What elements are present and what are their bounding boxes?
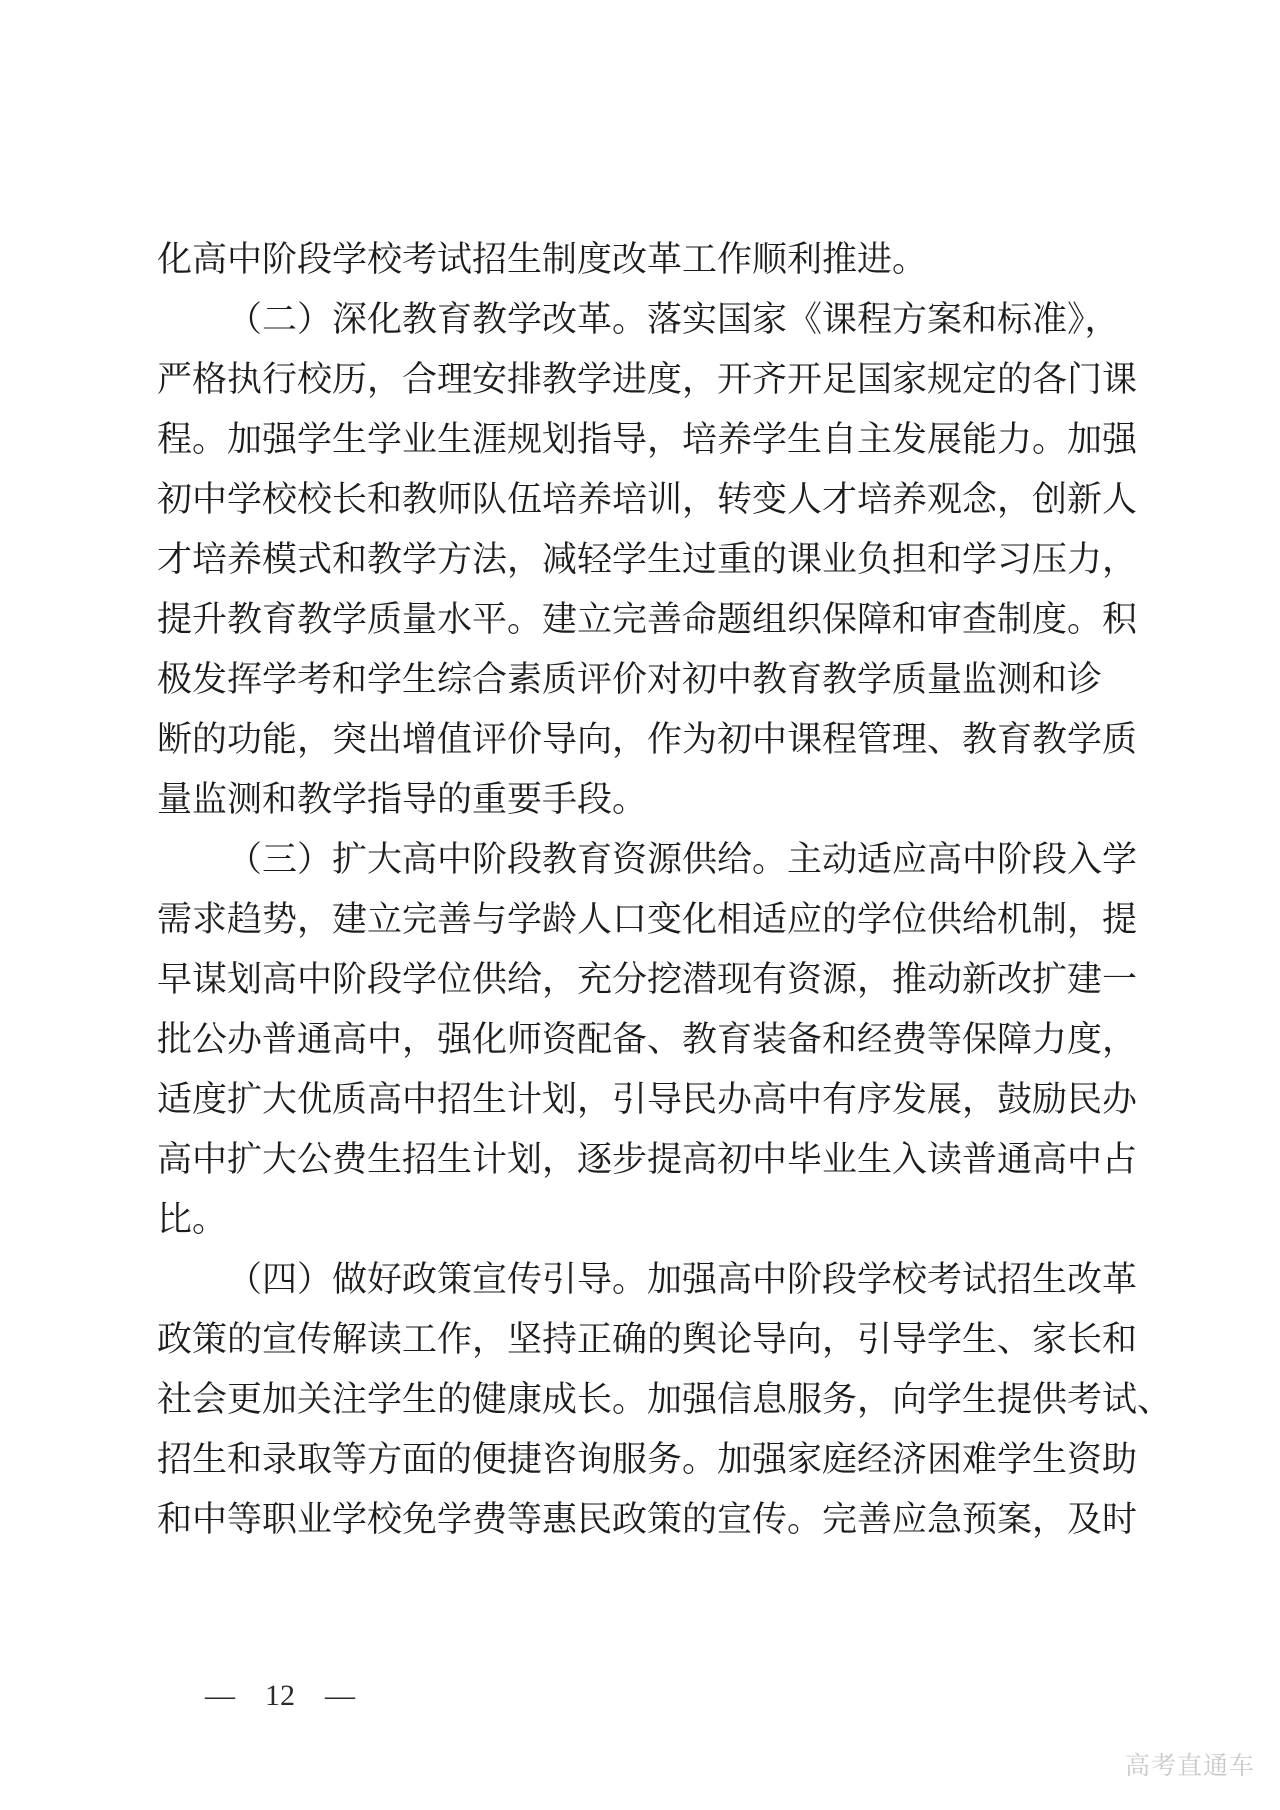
text-line: 程。加强学生学业生涯规划指导，培养学生自主发展能力。加强	[157, 410, 1141, 470]
text-line: 断的功能，突出增值评价导向，作为初中课程管理、教育教学质	[157, 710, 1141, 770]
footer-dash-left: —	[205, 1678, 235, 1714]
text-line: 招生和录取等方面的便捷咨询服务。加强家庭经济困难学生资助	[157, 1430, 1141, 1490]
text-line: 早谋划高中阶段学位供给，充分挖潜现有资源，推动新改扩建一	[157, 950, 1141, 1010]
text-line: 和中等职业学校免学费等惠民政策的宣传。完善应急预案，及时	[157, 1490, 1141, 1550]
text-line: （二）深化教育教学改革。落实国家《课程方案和标准》，	[157, 290, 1141, 350]
text-line: 高中扩大公费生招生计划，逐步提高初中毕业生入读普通高中占	[157, 1130, 1141, 1190]
text-line: 初中学校校长和教师队伍培养培训，转变人才培养观念，创新人	[157, 470, 1141, 530]
text-line: 适度扩大优质高中招生计划，引导民办高中有序发展，鼓励民办	[157, 1070, 1141, 1130]
text-line: 需求趋势，建立完善与学龄人口变化相适应的学位供给机制，提	[157, 890, 1141, 950]
text-line: 量监测和教学指导的重要手段。	[157, 770, 1141, 830]
text-line: 严格执行校历，合理安排教学进度，开齐开足国家规定的各门课	[157, 350, 1141, 410]
text-line: 社会更加关注学生的健康成长。加强信息服务，向学生提供考试、	[157, 1370, 1141, 1430]
text-line: 化高中阶段学校考试招生制度改革工作顺利推进。	[157, 230, 1141, 290]
text-line: 比。	[157, 1190, 1141, 1250]
page-number: 12	[265, 1678, 295, 1714]
text-line: 提升教育教学质量水平。建立完善命题组织保障和审查制度。积	[157, 590, 1141, 650]
text-line: （四）做好政策宣传引导。加强高中阶段学校考试招生改革	[157, 1250, 1141, 1310]
text-line: （三）扩大高中阶段教育资源供给。主动适应高中阶段入学	[157, 830, 1141, 890]
watermark-text: 高考直通车	[1125, 1752, 1255, 1782]
document-body-text: 化高中阶段学校考试招生制度改革工作顺利推进。（二）深化教育教学改革。落实国家《课…	[157, 230, 1141, 1550]
text-line: 才培养模式和教学方法，减轻学生过重的课业负担和学习压力，	[157, 530, 1141, 590]
footer-dash-right: —	[325, 1678, 355, 1714]
page-footer: — 12 —	[205, 1678, 355, 1714]
text-line: 政策的宣传解读工作，坚持正确的舆论导向，引导学生、家长和	[157, 1310, 1141, 1370]
text-line: 极发挥学考和学生综合素质评价对初中教育教学质量监测和诊	[157, 650, 1141, 710]
text-line: 批公办普通高中，强化师资配备、教育装备和经费等保障力度，	[157, 1010, 1141, 1070]
document-page: 化高中阶段学校考试招生制度改革工作顺利推进。（二）深化教育教学改革。落实国家《课…	[0, 0, 1280, 1810]
